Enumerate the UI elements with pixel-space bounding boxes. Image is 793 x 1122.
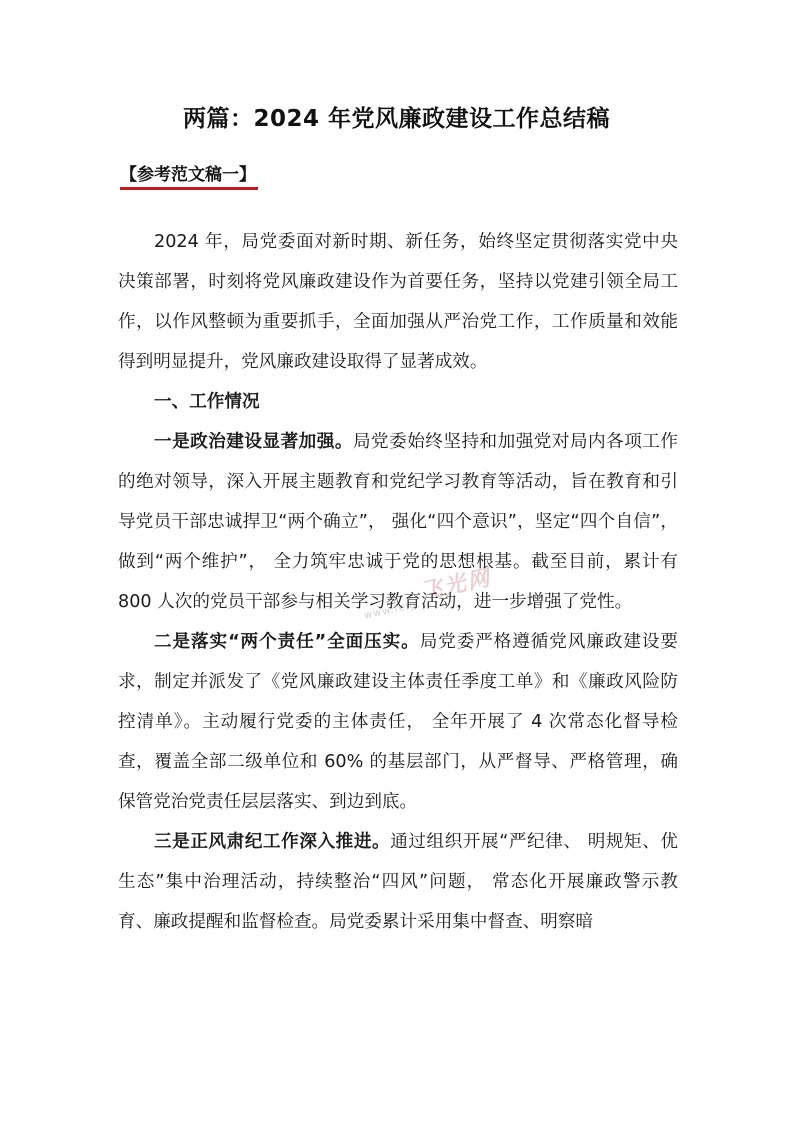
document-title: 两篇：2024 年党风廉政建设工作总结稿: [0, 100, 793, 133]
paragraph-lead: 二是落实“两个责任”全面压实。: [154, 632, 420, 652]
paragraph-intro: 2024 年，局党委面对新时期、新任务，始终坚定贯彻落实党中央决策部署，时刻将党…: [118, 222, 678, 382]
paragraph-point-3: 三是正风肃纪工作深入推进。通过组织开展“严纪律、 明规矩、优生态”集中治理活动，…: [118, 822, 678, 942]
section-tag: 【参考范文稿一】: [120, 160, 256, 187]
document-body: 2024 年，局党委面对新时期、新任务，始终坚定贯彻落实党中央决策部署，时刻将党…: [118, 222, 678, 942]
paragraph-lead: 三是正风肃纪工作深入推进。: [154, 832, 390, 852]
paragraph-point-2: 二是落实“两个责任”全面压实。局党委严格遵循党风廉政建设要求，制定并派发了《党风…: [118, 622, 678, 822]
section-tag-underline: [120, 187, 258, 190]
section-tag-label: 【参考范文稿一】: [120, 165, 256, 185]
paragraph-lead: 一是政治建设显著加强。: [154, 432, 353, 452]
paragraph-point-1: 一是政治建设显著加强。局党委始终坚持和加强党对局内各项工作的绝对领导，深入开展主…: [118, 422, 678, 622]
section-heading: 一、工作情况: [118, 382, 678, 422]
